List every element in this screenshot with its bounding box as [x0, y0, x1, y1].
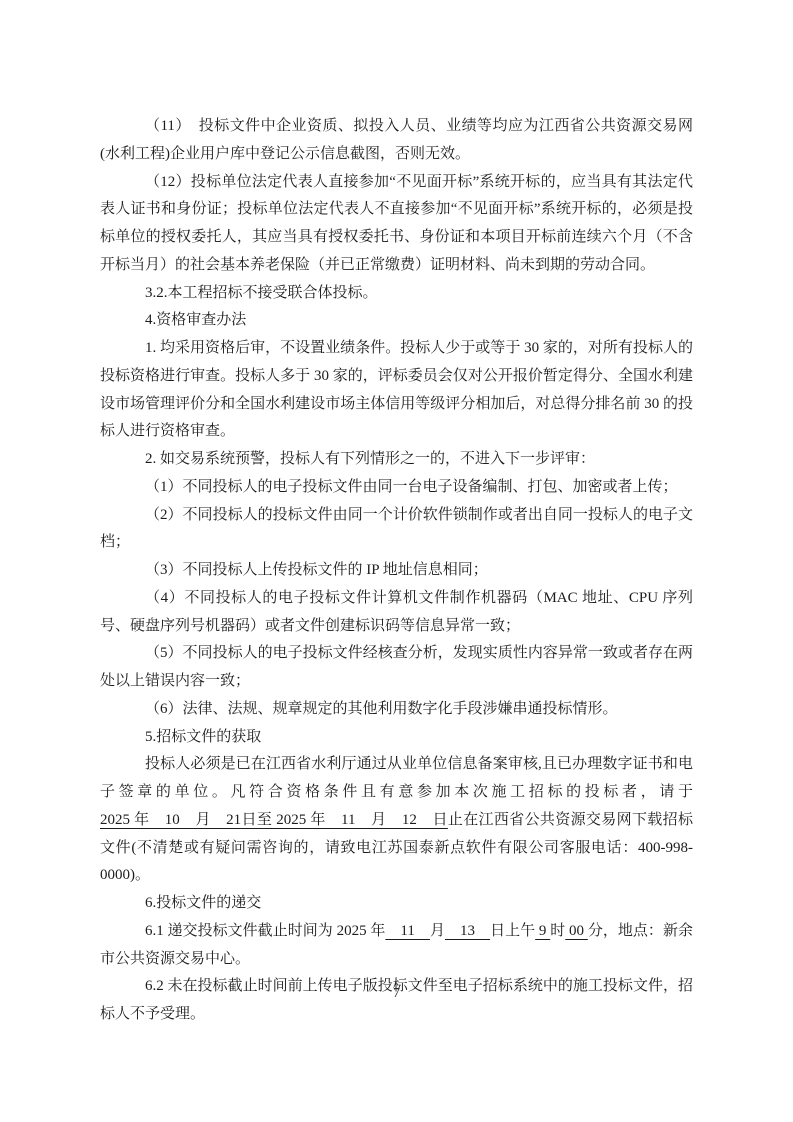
underlined-blank: 11 — [385, 923, 430, 939]
paragraph: （2）不同投标人的投标文件由同一个计价软件锁制作或者出自同一投标人的电子文档； — [100, 502, 693, 558]
paragraph: 2. 如交易系统预警，投标人有下列情形之一的，不进入下一步评审： — [100, 446, 693, 474]
paragraph: 1. 均采用资格后审，不设置业绩条件。投标人少于或等于 30 家的，对所有投标人… — [100, 335, 693, 446]
underlined-blank: 9 — [535, 923, 550, 939]
paragraph: （12）投标单位法定代表人直接参加“不见面开标”系统开标的，应当具有其法定代表人… — [100, 169, 693, 280]
paragraph: （4）不同投标人的电子投标文件计算机文件制作机器码（MAC 地址、CPU 序列号… — [100, 585, 693, 641]
paragraph: （5）不同投标人的电子投标文件经核查分析，发现实质性内容异常一致或者存在两处以上… — [100, 640, 693, 696]
paragraph: 4.资格审查办法 — [100, 307, 693, 335]
paragraph: （6）法律、法规、规章规定的其他利用数字化手段涉嫌串通投标情形。 — [100, 696, 693, 724]
underlined-blank: 2025 年 10 月 21日至 2025 年 11 月 12 日 — [100, 812, 448, 828]
paragraph: 3.2.本工程招标不接受联合体投标。 — [100, 280, 693, 308]
document-page: （11） 投标文件中企业资质、拟投入人员、业绩等均应为江西省公共资源交易网(水利… — [0, 0, 793, 1122]
paragraph: （1）不同投标人的电子投标文件由同一台电子设备编制、打包、加密或者上传； — [100, 474, 693, 502]
paragraph: （11） 投标文件中企业资质、拟投入人员、业绩等均应为江西省公共资源交易网(水利… — [100, 113, 693, 169]
paragraph: 投标人必须是已在江西省水利厅通过从业单位信息备案审核,且已办理数字证书和电子签章… — [100, 751, 693, 890]
document-body: （11） 投标文件中企业资质、拟投入人员、业绩等均应为江西省公共资源交易网(水利… — [100, 113, 693, 1029]
underlined-blank: 13 — [445, 923, 490, 939]
paragraph: 6.1 递交投标文件截止时间为 2025 年 11 月 13 日上午 9 时 0… — [100, 918, 693, 974]
underlined-blank: 00 — [565, 923, 588, 939]
page-number: 7 — [0, 986, 793, 1002]
paragraph: 5.招标文件的获取 — [100, 724, 693, 752]
paragraph: 6.投标文件的递交 — [100, 890, 693, 918]
paragraph: （3）不同投标人上传投标文件的 IP 地址信息相同； — [100, 557, 693, 585]
